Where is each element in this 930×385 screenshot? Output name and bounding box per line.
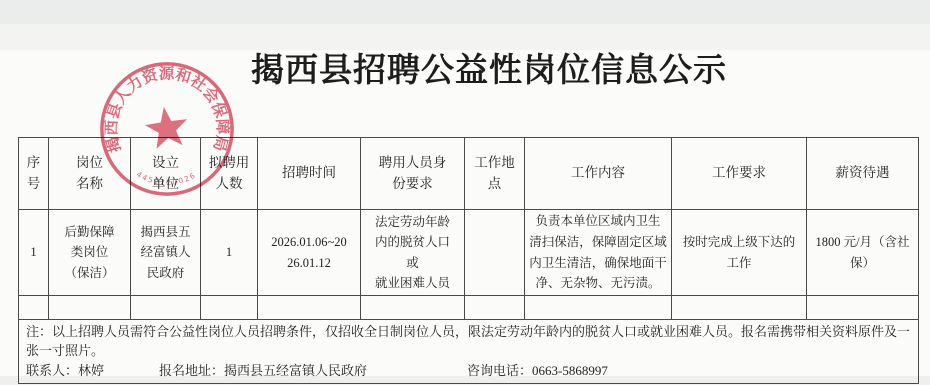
col-header-identity: 聘用人员身 份要求 [361, 138, 465, 210]
empty-cell [672, 296, 807, 320]
table-row: 1 后勤保障 类岗位 （保洁） 揭西县五 经富镇人 民政府 1 2026.01.… [19, 210, 919, 296]
col-header-count: 拟聘用 人数 [201, 138, 258, 210]
col-header-content: 工作内容 [525, 138, 672, 210]
document-page: 揭西县招聘公益性岗位信息公示 序 号 岗位 名称 设立 单位 拟聘用 人数 招聘… [0, 0, 930, 385]
cell-content: 负责本单位区域内卫生 清扫保洁，保障固定区域 内卫生清洁，确保地面干 净、无杂物… [525, 210, 672, 296]
empty-row [19, 296, 919, 320]
header-row: 序 号 岗位 名称 设立 单位 拟聘用 人数 招聘时间 聘用人员身 份要求 工作… [19, 138, 919, 210]
empty-cell [19, 296, 49, 320]
cell-requirement: 按时完成上级下达的 工作 [672, 210, 807, 296]
col-header-seq: 序 号 [19, 138, 49, 210]
job-info-table: 序 号 岗位 名称 设立 单位 拟聘用 人数 招聘时间 聘用人员身 份要求 工作… [18, 137, 919, 384]
empty-cell [201, 296, 258, 320]
empty-cell [258, 296, 361, 320]
col-header-location: 工作地 点 [465, 138, 525, 210]
cell-location [465, 210, 525, 296]
empty-cell [807, 296, 919, 320]
cell-identity: 法定劳动年龄 内的脱贫人口 或 就业困难人员 [361, 210, 465, 296]
cell-unit: 揭西县五 经富镇人 民政府 [131, 210, 201, 296]
cell-position: 后勤保障 类岗位 （保洁） [49, 210, 131, 296]
empty-cell [465, 296, 525, 320]
cell-seq: 1 [19, 210, 49, 296]
cell-count: 1 [201, 210, 258, 296]
col-header-salary: 薪资待遇 [807, 138, 919, 210]
notes-cell: 注：以上招聘人员需符合公益性岗位人员招聘条件，仅招收全日制岗位人员，限法定劳动年… [19, 320, 919, 384]
empty-cell [49, 296, 131, 320]
empty-cell [131, 296, 201, 320]
col-header-unit: 设立 单位 [131, 138, 201, 210]
page-title: 揭西县招聘公益性岗位信息公示 [24, 44, 930, 91]
signup-address: 报名地址：揭西县五经富镇人民政府 [159, 363, 367, 378]
contact-line: 联系人：林婷报名地址：揭西县五经富镇人民政府咨询电话：0663-5868997 [26, 362, 911, 381]
empty-cell [361, 296, 465, 320]
empty-cell [525, 296, 672, 320]
cell-time: 2026.01.06~20 26.01.12 [258, 210, 361, 296]
phone-number: 咨询电话：0663-5868997 [467, 363, 608, 378]
col-header-requirement: 工作要求 [672, 138, 807, 210]
contact-person: 联系人：林婷 [26, 363, 104, 378]
col-header-position: 岗位 名称 [49, 138, 131, 210]
cell-salary: 1800 元/月（含社 保） [807, 210, 919, 296]
col-header-time: 招聘时间 [258, 138, 361, 210]
scan-edge-top [0, 0, 930, 24]
note-text: 注：以上招聘人员需符合公益性岗位人员招聘条件，仅招收全日制岗位人员，限法定劳动年… [26, 323, 911, 361]
notes-row: 注：以上招聘人员需符合公益性岗位人员招聘条件，仅招收全日制岗位人员，限法定劳动年… [19, 320, 919, 384]
